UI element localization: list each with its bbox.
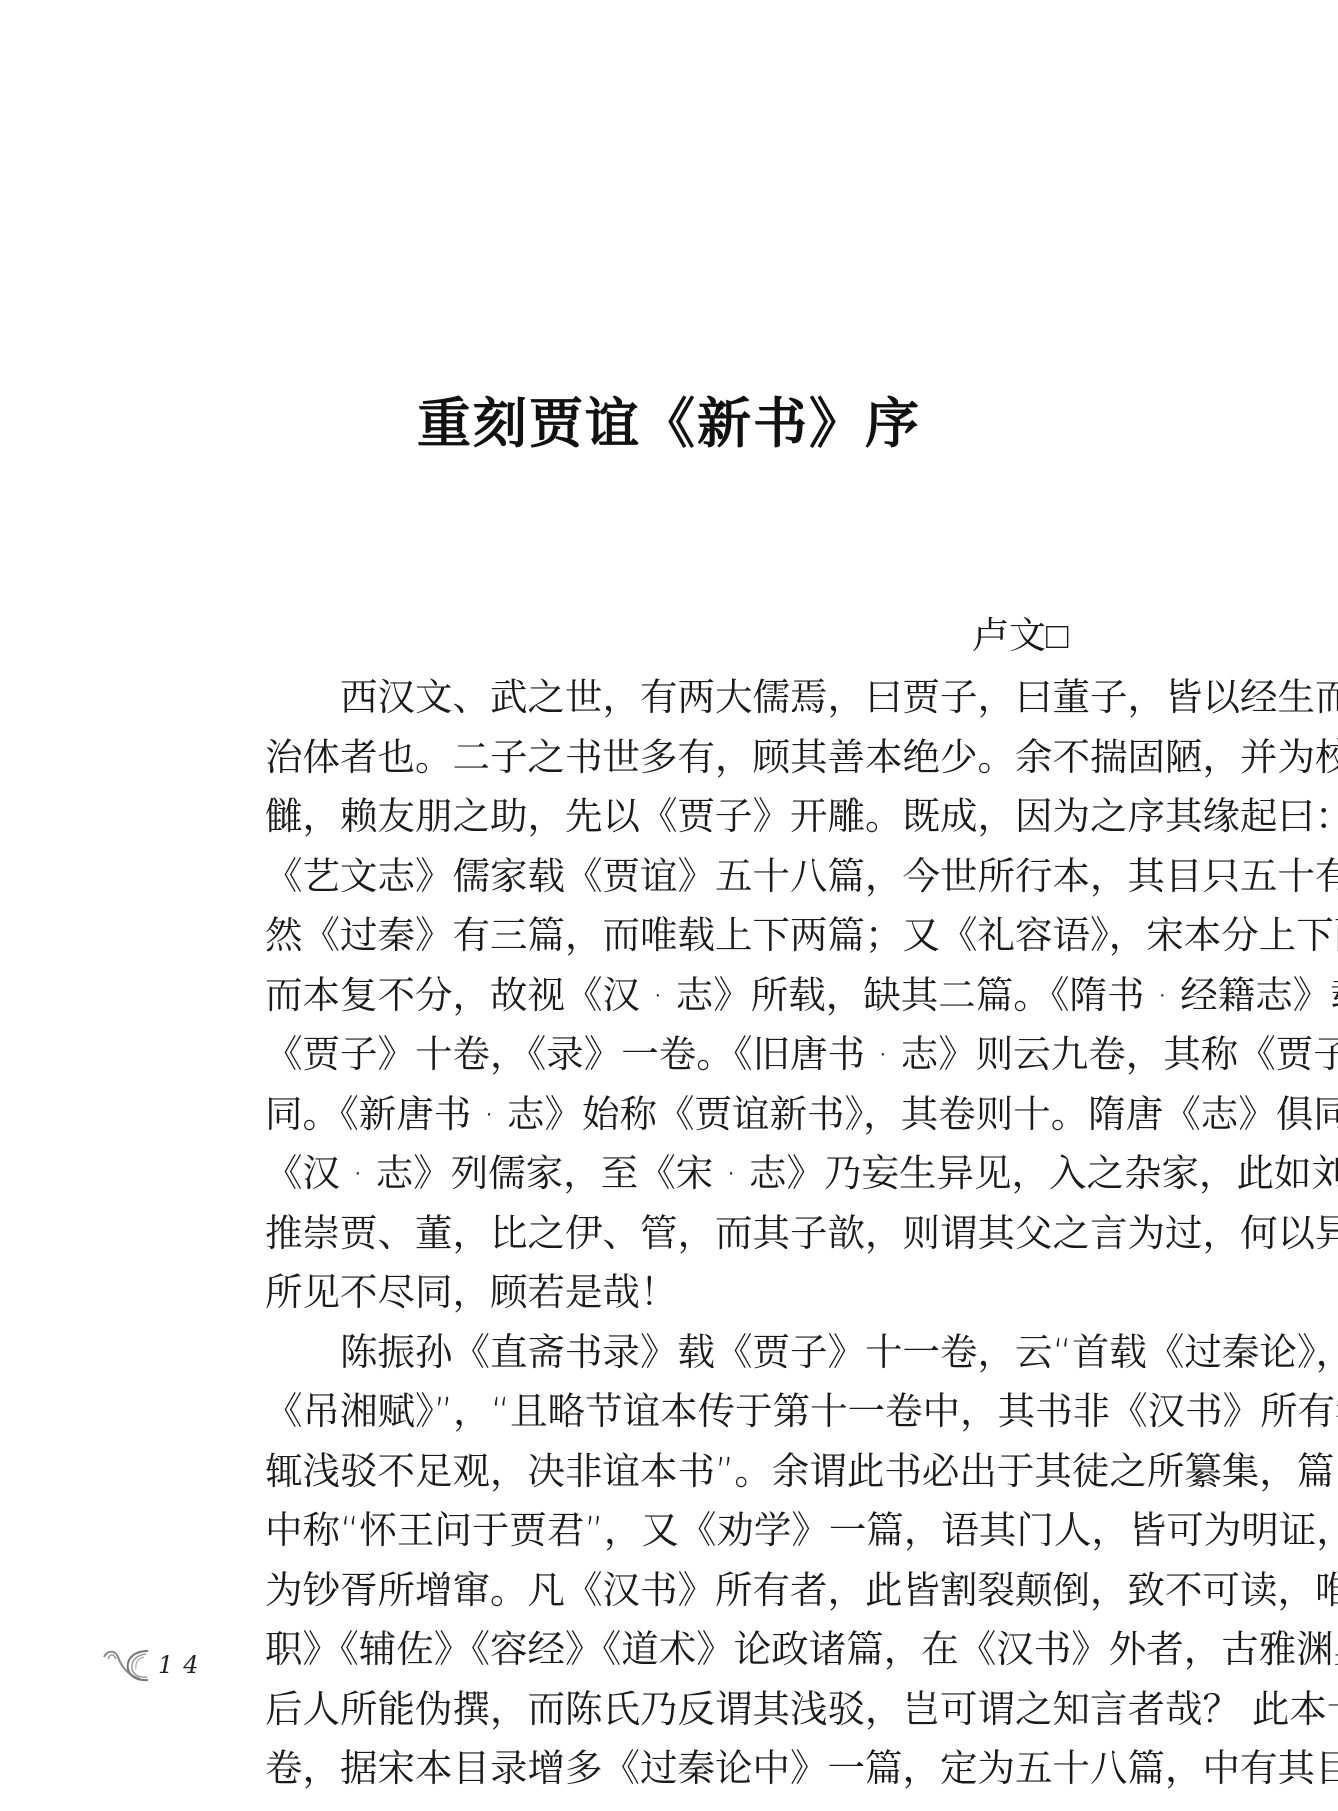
text-line: 雠，赖友朋之助，先以《贾子》开雕。既成，因为之序其缘起曰：班书 <box>190 787 1152 847</box>
text-line: 卷，据宋本目录增多《过秦论中》一篇，定为五十八篇，中有其目而 <box>190 1739 1152 1799</box>
page-number: 14 <box>158 1651 209 1679</box>
text-line: 《汉 · 志》列儒家，至《宋 · 志》乃妄生异见，入之杂家，此如刘子政 <box>190 1144 1152 1204</box>
page-title: 重刻贾谊《新书》序 <box>0 388 1338 458</box>
author-name: 卢文□ <box>972 612 1068 660</box>
swirl-ornament-icon <box>100 1645 152 1685</box>
body-text: 西汉文、武之世，有两大儒焉，曰贾子，曰董子，皆以经生而通达 治体者也。二子之书世… <box>190 668 1152 1799</box>
text-line: 《贾子》十卷，《录》一卷。《旧唐书 · 志》则云九卷，其称《贾子》则 <box>190 1025 1152 1085</box>
text-line: 后人所能伪撰，而陈氏乃反谓其浅驳，岂可谓之知言者哉？ 此本十 <box>190 1680 1152 1740</box>
paragraph-1: 西汉文、武之世，有两大儒焉，曰贾子，曰董子，皆以经生而通达 治体者也。二子之书世… <box>190 668 1152 1323</box>
text-line: 辄浅驳不足观，决非谊本书”。余谓此书必出于其徒之所纂集，篇 <box>190 1442 1152 1502</box>
text-line: 《艺文志》儒家载《贾谊》五十八篇，今世所行本，其目只五十有六， <box>190 847 1152 907</box>
text-line: 为钞胥所增窜。凡《汉书》所有者，此皆割裂颠倒，致不可读，唯《傅 <box>190 1561 1152 1621</box>
page-footer: 14 <box>100 1640 209 1690</box>
text-line: 治体者也。二子之书世多有，顾其善本绝少。余不揣固陋，并为校 <box>190 728 1152 788</box>
text-line: 然《过秦》有三篇，而唯载上下两篇；又《礼容语》，宋本分上下两篇， <box>190 906 1152 966</box>
text-line: 同。《新唐书 · 志》始称《贾谊新书》，其卷则十。隋唐《志》俱同 <box>190 1085 1152 1145</box>
text-line: 所见不尽同，顾若是哉！ <box>190 1263 1152 1323</box>
text-line: 推崇贾、董，比之伊、管，而其子歆，则谓其父之言为过，何以异？ 人 <box>190 1204 1152 1264</box>
text-line: 而本复不分，故视《汉 · 志》所载，缺其二篇。《隋书 · 经籍志》载 <box>190 966 1152 1026</box>
book-page: 重刻贾谊《新书》序 卢文□ 西汉文、武之世，有两大儒焉，曰贾子，曰董子，皆以经生… <box>0 0 1338 1811</box>
text-line: 西汉文、武之世，有两大儒焉，曰贾子，曰董子，皆以经生而通达 <box>190 668 1152 728</box>
paragraph-2: 陈振孙《直斋书录》载《贾子》十一卷，云“首载《过秦论》，末为 《吊湘赋》”，“且… <box>190 1323 1152 1799</box>
text-line: 职》《辅佐》《容经》《道术》论政诸篇，在《汉书》外者，古雅渊奥，非 <box>190 1620 1152 1680</box>
text-line: 陈振孙《直斋书录》载《贾子》十一卷，云“首载《过秦论》，末为 <box>190 1323 1152 1383</box>
text-line: 《吊湘赋》”，“且略节谊本传于第十一卷中，其书非《汉书》所有者， <box>190 1382 1152 1442</box>
text-line: 中称“怀王问于贾君”，又《劝学》一篇，语其门人，皆可为明证，但多 <box>190 1501 1152 1561</box>
